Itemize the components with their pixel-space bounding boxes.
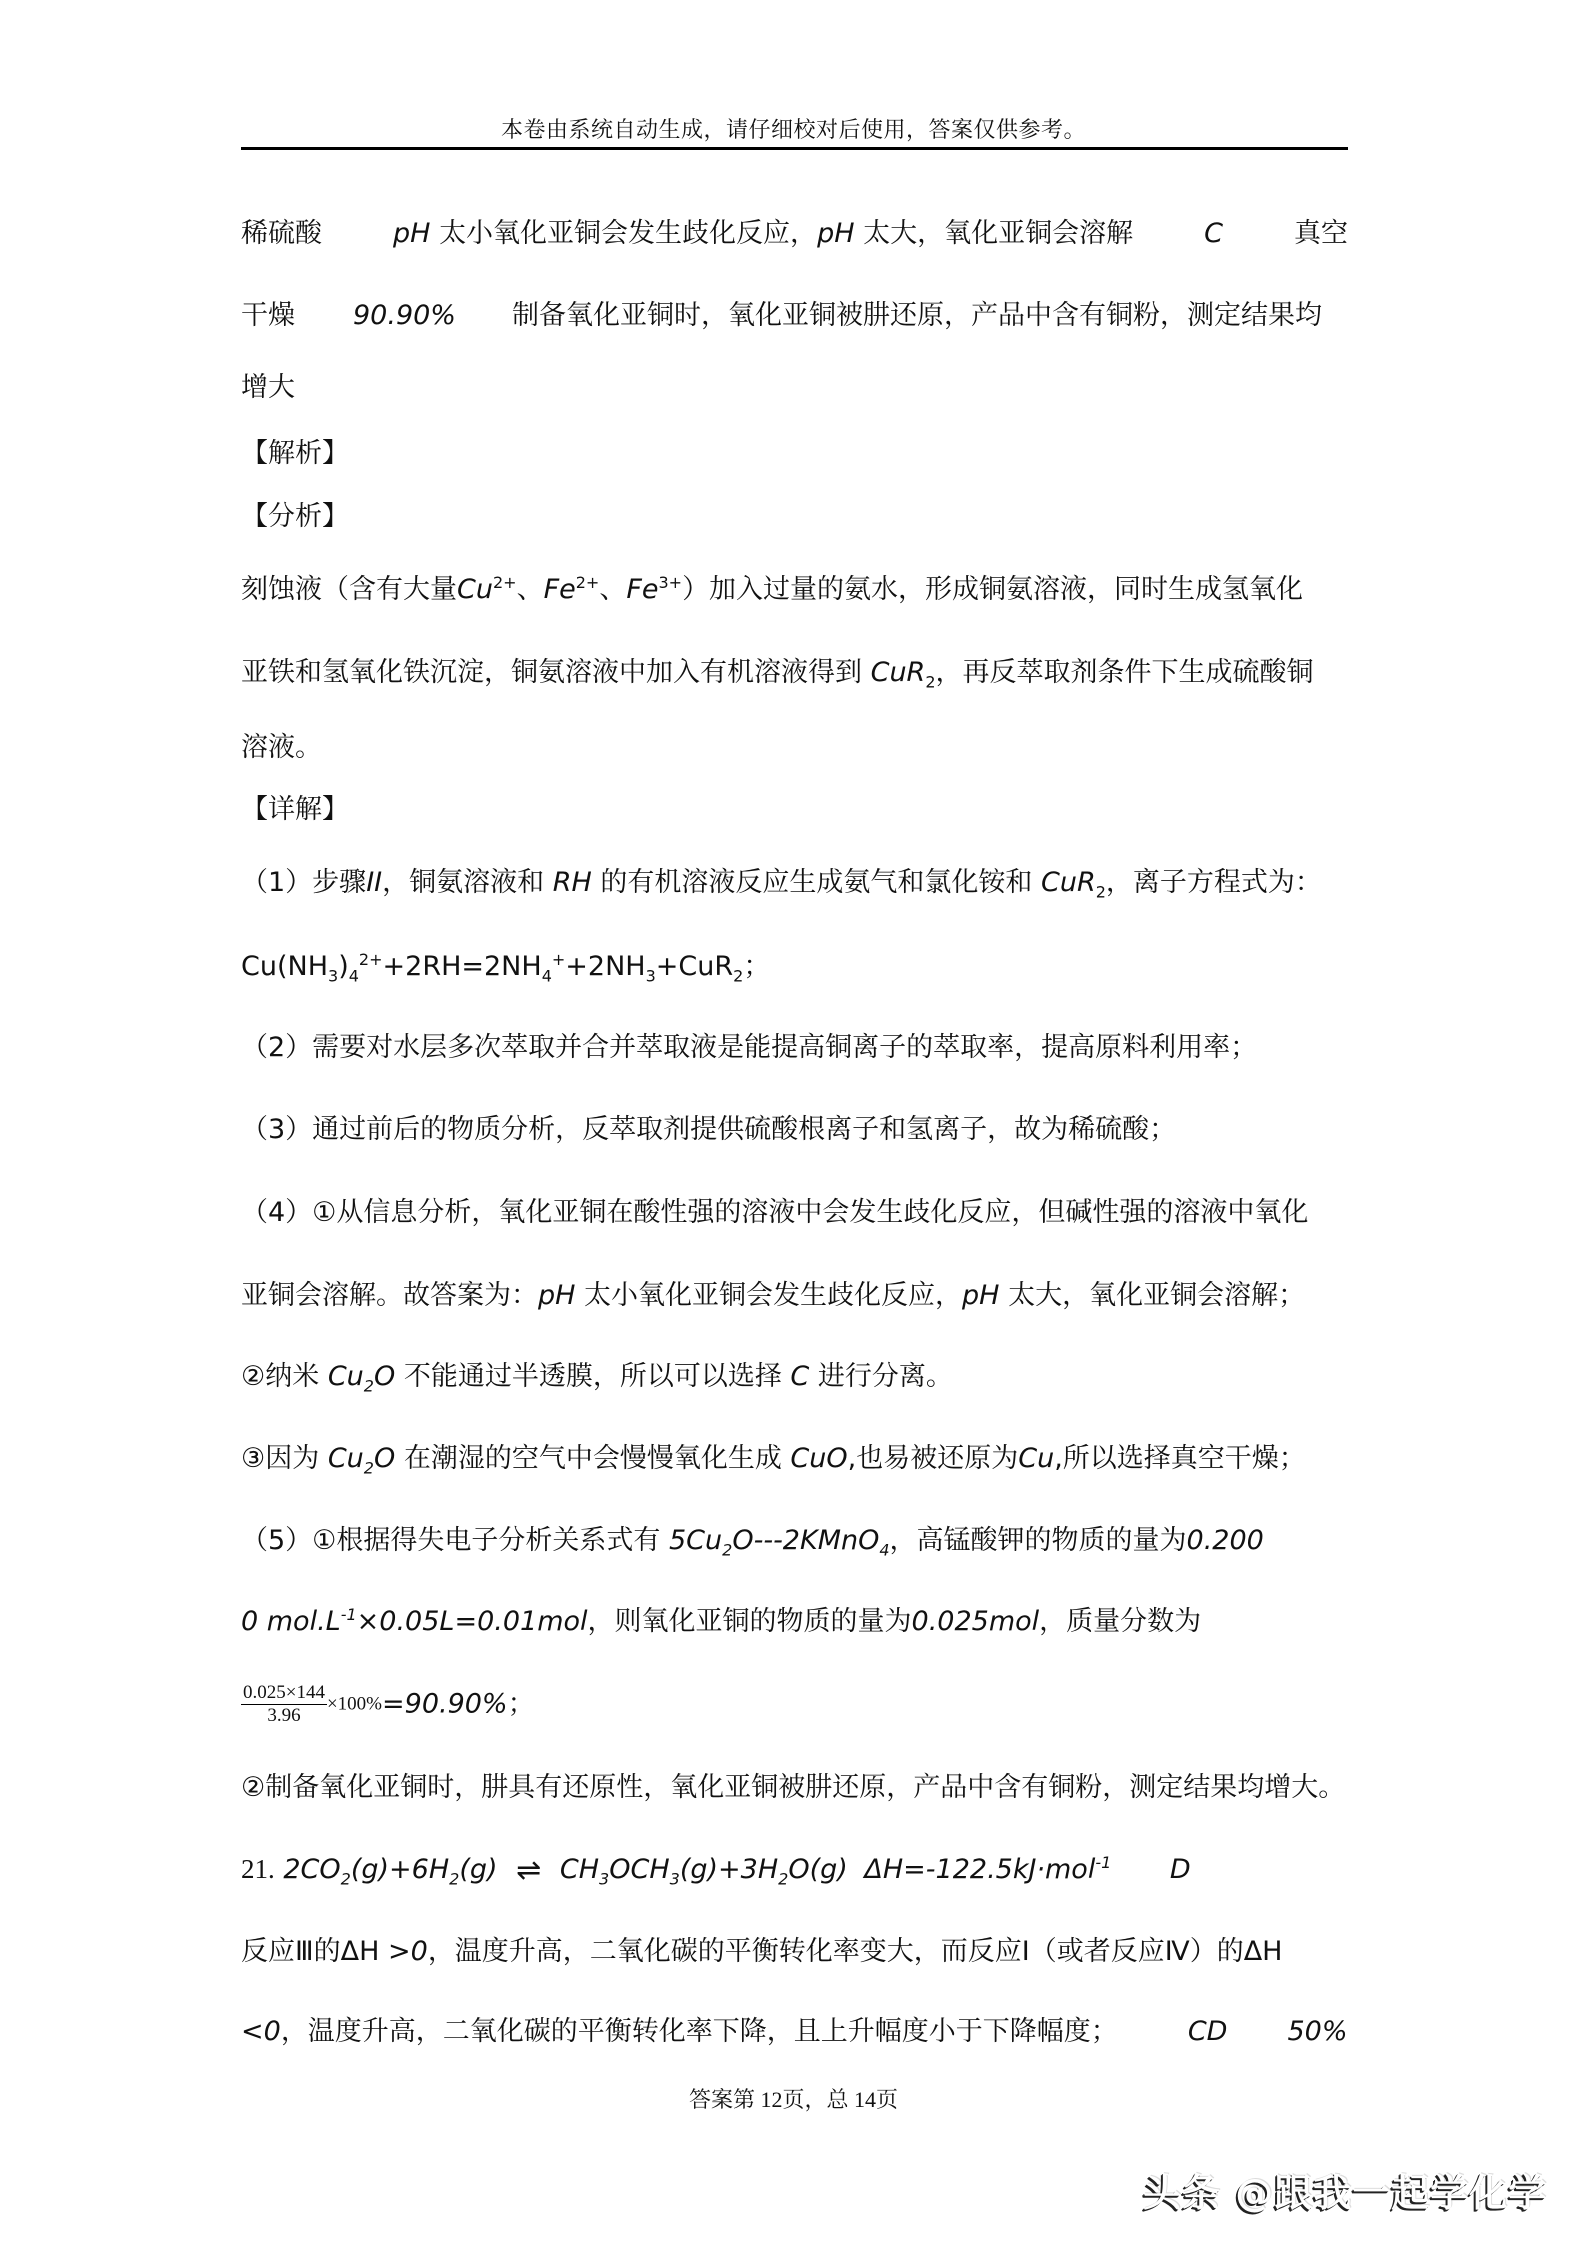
analysis-line-1: 刻蚀液（含有大量Cu2+、Fe2+、Fe3+）加入过量的氨水，形成铜氨溶液，同时… [241,572,1351,608]
ionic-equation: Cu(NH3)42++2RH=2NH4++2NH3+CuR2； [241,949,1351,985]
ph-symbol: pH [538,1280,575,1311]
detail-q5-3: 0.025×144 3.96 ×100%=90.90%； [241,1682,1351,1734]
detail-q1: （1）步骤II，铜氨溶液和 RH 的有机溶液反应生成氨气和氯化铵和 CuR2，离… [241,865,1351,901]
detail-text: ②纳米 [241,1361,319,1392]
chemical-formula: Cu [1018,1443,1054,1474]
result-value: =90.90% [382,1689,508,1720]
chemical-formula: Cu [328,1361,364,1392]
detail-q2: （2）需要对水层多次萃取并合并萃取液是能提高铜离子的萃取率，提高原料利用率； [241,1030,1351,1066]
roman-numeral: Ⅲ [295,1936,314,1966]
numeric-value: 0.200 [1187,1525,1264,1556]
eq-part: OCH [609,1854,669,1885]
detail-q5-1: （5）①根据得失电子分析关系式有 5Cu2O---2KMnO4，高锰酸钾的物质的… [241,1523,1351,1559]
subscript: 2 [341,1869,351,1888]
analysis-text: ）加入过量的氨水，形成铜氨溶液，同时生成氢氧化 [682,574,1303,605]
detail-q3: （3）通过前后的物质分析，反萃取剂提供硫酸根离子和氢离子，故为稀硫酸； [241,1112,1351,1148]
eq-part: O(g) [788,1854,847,1885]
detail-text: 太大，氧化亚铜会溶解； [1008,1280,1305,1311]
superscript: -1 [1095,1853,1111,1872]
subscript: 2 [733,966,743,985]
detail-text: ，铜氨溶液和 [382,867,544,898]
fraction-numerator: 0.025×144 [241,1682,327,1705]
answer-line-1: 稀硫酸 pH 太小氧化亚铜会发生歧化反应，pH 太大，氧化亚铜会溶解 C 真空 [241,216,1348,252]
detail-text: 太小氧化亚铜会发生歧化反应， [584,1280,962,1311]
subscript: 4 [349,966,359,985]
eq-part: ΔH=-122.5kJ·mol [864,1854,1095,1885]
subscript: 4 [542,966,552,985]
answer-text: pH 太小氧化亚铜会发生歧化反应，pH 太大，氧化亚铜会溶解 [393,216,1133,252]
heading-jiexi: 【解析】 [241,436,1351,472]
watermark: 头条 @跟我一起学化学 [1143,2162,1547,2217]
detail-text: ,也易被还原为 [848,1443,1019,1474]
detail-text: （5）①根据得失电子分析关系式有 [241,1525,660,1556]
q21-text: 的ΔH [314,1936,380,1967]
separator: 、 [599,574,626,605]
answer-choice: C [790,1361,809,1392]
heading-fenxi: 【分析】 [241,499,1351,535]
detail-text: 的有机溶液反应生成氨气和氯化铵和 [600,867,1032,898]
detail-text: 亚铜会溶解。故答案为： [241,1280,538,1311]
subscript: 3 [328,966,338,985]
answer-choice: C [1204,216,1223,252]
chemical-formula: RH [553,867,592,898]
eq-part: (g) [459,1854,497,1885]
heading-xiangjie: 【详解】 [241,792,1351,828]
detail-q5-2: 0 mol.L-1×0.05L=0.01mol，则氧化亚铜的物质的量为0.025… [241,1604,1351,1640]
question-number: 21. [241,1854,275,1884]
q21-line-1: 21. 2CO2(g)+6H2(g) ⇌ CH3OCH3(g)+3H2O(g) … [241,1851,1351,1889]
ion-charge: 2+ [493,573,517,592]
chemical-formula: CuR [871,657,926,688]
inequality: >0 [388,1936,428,1967]
subscript: 4 [879,1540,889,1559]
subscript: 3 [670,1869,680,1888]
analysis-line-2: 亚铁和氢氧化铁沉淀，铜氨溶液中加入有机溶液得到 CuR2，再反萃取剂条件下生成硫… [241,655,1351,691]
detail-q4-4: ③因为 Cu2O 在潮湿的空气中会慢慢氧化生成 CuO,也易被还原为Cu,所以选… [241,1441,1351,1477]
chemical-formula: CuR [1041,867,1096,898]
eq-part: CH [560,1854,599,1885]
detail-text: ,所以选择真空干燥； [1054,1443,1306,1474]
mass-fraction: 0.025×144 3.96 [241,1682,327,1727]
subscript: 2 [364,1458,374,1477]
answer-text: 稀硫酸 [241,216,322,252]
ph-symbol: pH [962,1280,999,1311]
detail-text: 进行分离。 [818,1361,953,1392]
answer-percent: 50% [1287,2016,1347,2047]
header-notice: 本卷由系统自动生成，请仔细校对后使用，答案仅供参考。 [0,113,1587,144]
document-page: 本卷由系统自动生成，请仔细校对后使用，答案仅供参考。 稀硫酸 pH 太小氧化亚铜… [0,0,1587,2245]
ion-charge: 3+ [658,573,682,592]
inequality: <0 [241,2016,281,2047]
ion-formula: Fe [626,574,658,605]
answer-line-2: 干燥90.90%制备氧化亚铜时，氧化亚铜被肼还原，产品中含有铜粉，测定结果均 [241,298,1351,334]
detail-text: ，质量分数为 [1039,1606,1201,1637]
subscript: 2 [449,1869,459,1888]
detail-text: ，高锰酸钾的物质的量为 [890,1525,1187,1556]
analysis-text: 亚铁和氢氧化铁沉淀，铜氨溶液中加入有机溶液得到 [241,657,862,688]
ion-charge: 2+ [576,573,600,592]
analysis-text: ，再反萃取剂条件下生成硫酸铜 [936,657,1314,688]
chemical-formula: Cu [328,1443,364,1474]
superscript: -1 [341,1605,357,1624]
answer-text: 制备氧化亚铜时，氧化亚铜被肼还原，产品中含有铜粉，测定结果均 [512,300,1322,331]
subscript: 2 [722,1540,732,1559]
ion-formula: Fe [544,574,576,605]
eq-part: 2CO [283,1854,340,1885]
eq-part: +2NH [565,951,645,982]
chemical-formula: CuO [790,1443,847,1474]
eq-part: +2RH=2NH [383,951,542,982]
chemical-formula: O [374,1361,395,1392]
ph-symbol: pH [393,218,430,249]
numeric-value: 0.05L=0.01mol [379,1606,587,1637]
times-sign: × [357,1606,380,1637]
ph-symbol: pH [817,218,854,249]
superscript: 2+ [359,950,383,969]
enthalpy-change: ΔH=-122.5kJ·mol-1 [864,1854,1111,1885]
detail-q4-2: 亚铜会溶解。故答案为：pH 太小氧化亚铜会发生歧化反应，pH 太大，氧化亚铜会溶… [241,1278,1351,1314]
answer-text: 太小氧化亚铜会发生歧化反应， [439,218,817,249]
q21-line-3: <0，温度升高，二氧化碳的平衡转化率下降，且上升幅度小于下降幅度；CD50% [241,2014,1351,2050]
step-label: II [366,867,382,898]
superscript: + [552,950,565,969]
q21-text: 反应 [241,1936,295,1967]
subscript: 2 [778,1869,788,1888]
numeric-value: 0 mol.L [241,1606,341,1637]
detail-text: （1）步骤 [241,867,366,898]
chemical-formula: O [374,1443,395,1474]
equation-right: CH3OCH3(g)+3H2O(g) [560,1854,848,1885]
answer-text: 干燥 [241,300,295,331]
detail-text: ，离子方程式为： [1106,867,1322,898]
eq-part: (g)+6H [351,1854,449,1885]
eq-part: +CuR [656,951,733,982]
detail-text: 在潮湿的空气中会慢慢氧化生成 [404,1443,782,1474]
detail-text: ，则氧化亚铜的物质的量为 [588,1606,912,1637]
answer-line-3: 增大 [241,370,1351,406]
q21-text: ，温度升高，二氧化碳的平衡转化率下降，且上升幅度小于下降幅度； [281,2016,1118,2047]
subscript: 2 [364,1376,374,1395]
detail-q5-4: ②制备氧化亚铜时，肼具有还原性，氧化亚铜被肼还原，产品中含有铜粉，测定结果均增大… [241,1770,1351,1806]
detail-q4-1: （4）①从信息分析，氧化亚铜在酸性强的溶液中会发生歧化反应，但碱性强的溶液中氧化 [241,1195,1351,1231]
detail-text: 不能通过半透膜，所以可以选择 [404,1361,782,1392]
q21-text: ，温度升高，二氧化碳的平衡转化率变大，而反应Ⅰ（或者反应Ⅳ）的ΔH [428,1936,1283,1967]
page-footer: 答案第 12页，总 14页 [0,2083,1587,2114]
fraction-denominator: 3.96 [267,1705,300,1727]
subscript: 3 [599,1869,609,1888]
numeric-value: 0.025mol [912,1606,1040,1637]
separator: 、 [517,574,544,605]
header-divider [241,147,1348,150]
answer-choice: CD [1188,2016,1228,2047]
q21-line-2: 反应Ⅲ的ΔH >0，温度升高，二氧化碳的平衡转化率变大，而反应Ⅰ（或者反应Ⅳ）的… [241,1933,1351,1970]
analysis-text: 刻蚀液（含有大量 [241,574,457,605]
answer-percent: 90.90% [353,300,456,331]
multiplier: ×100% [327,1694,382,1715]
eq-part: Cu(NH [241,951,328,982]
eq-part: (g)+3H [680,1854,778,1885]
subscript: 2 [1096,882,1106,901]
punctuation: ； [508,1689,535,1720]
answer-choice: D [1170,1854,1191,1885]
equation-left: 2CO2(g)+6H2(g) [283,1854,497,1885]
eq-part: ) [338,951,349,982]
answer-text: 真空 [1294,216,1348,252]
answer-text: 太大，氧化亚铜会溶解 [863,218,1133,249]
ion-formula: Cu [457,574,493,605]
eq-part: ； [743,951,770,982]
relation-formula: O---2KMnO [732,1525,879,1556]
equilibrium-arrow-icon: ⇌ [516,1853,541,1889]
subscript: 3 [646,966,656,985]
subscript: 2 [925,672,935,691]
detail-text: ③因为 [241,1443,319,1474]
analysis-line-3: 溶液。 [241,730,1351,766]
detail-q4-3: ②纳米 Cu2O 不能通过半透膜，所以可以选择 C 进行分离。 [241,1359,1351,1395]
relation-formula: 5Cu [669,1525,722,1556]
